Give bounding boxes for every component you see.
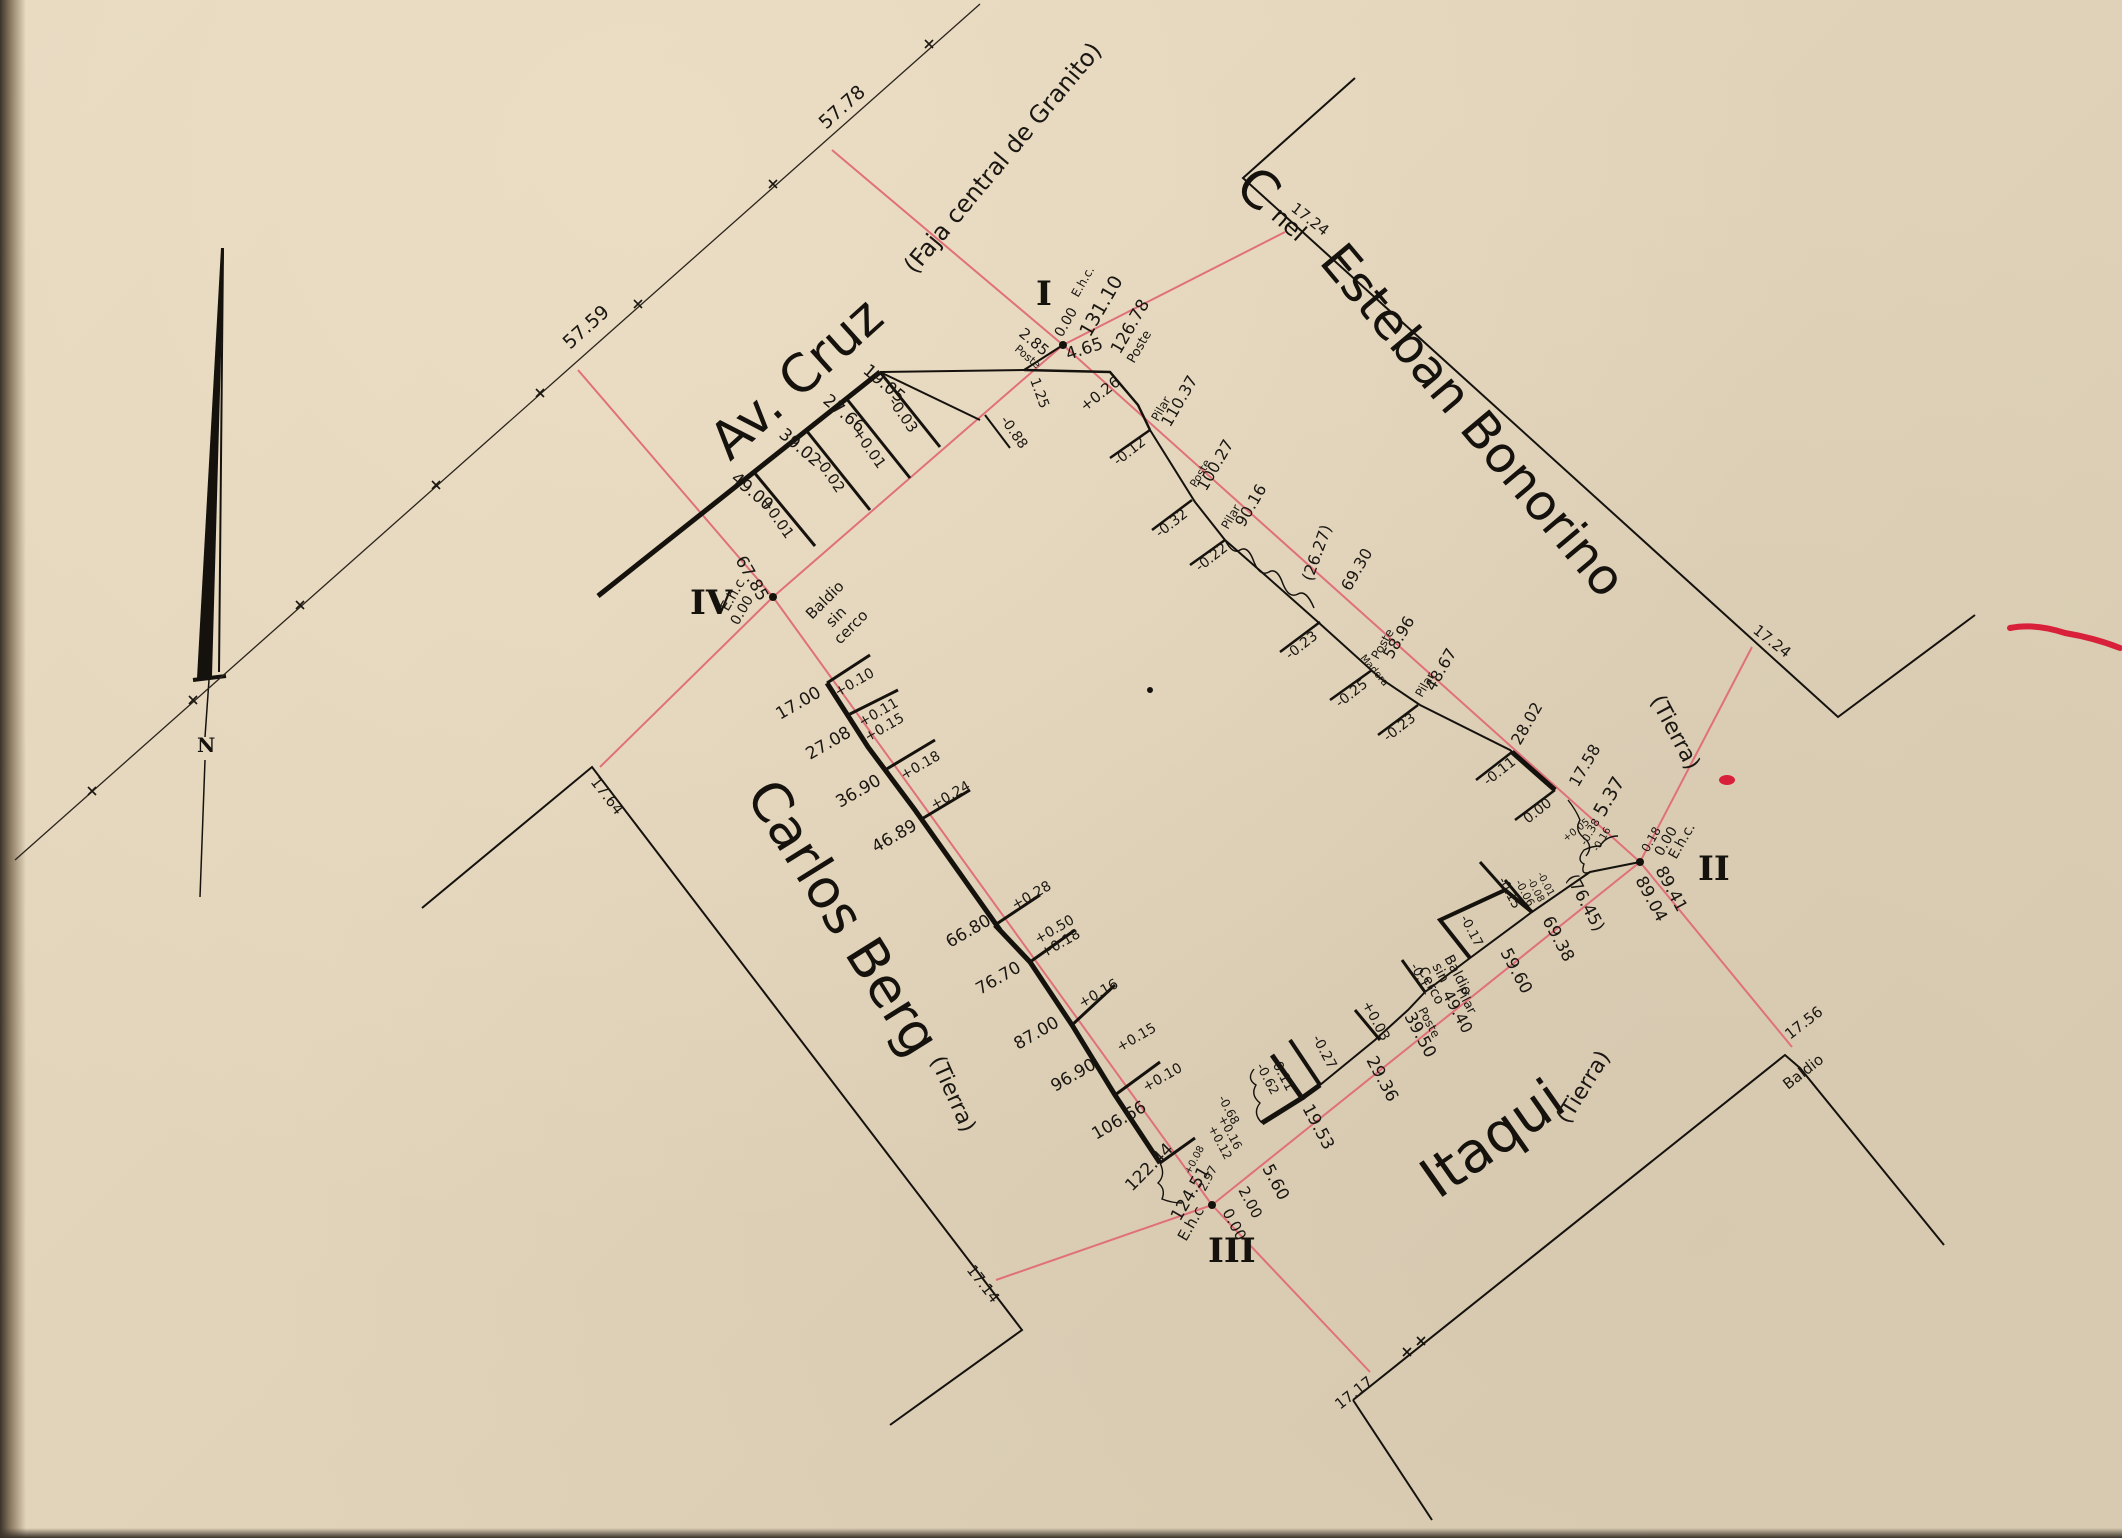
offset: -0.23 bbox=[1283, 628, 1321, 663]
offset: -0.12 bbox=[1111, 434, 1149, 469]
survey-sheet: N 57.59 57.78 bbox=[0, 0, 2122, 1538]
offset: -0.23 bbox=[1381, 710, 1419, 745]
survey-drawing: N 57.59 57.78 bbox=[0, 0, 2122, 1538]
corner-III-value-e: 5.60 bbox=[1258, 1161, 1293, 1204]
station: 28.02 bbox=[1507, 699, 1546, 748]
block-width-right: 17.56 bbox=[1781, 1003, 1826, 1044]
station: 48.67 bbox=[1421, 645, 1460, 694]
block-width-bottom-right: 17.17 bbox=[1331, 1373, 1376, 1414]
corner-II-marker bbox=[1636, 858, 1644, 866]
offset: +0.10 bbox=[1140, 1060, 1185, 1095]
station: 87.00 bbox=[1011, 1013, 1063, 1055]
offset: 0.00 bbox=[1521, 795, 1555, 827]
offset: -0.22 bbox=[1193, 540, 1231, 575]
offset: -0.32 bbox=[1153, 506, 1191, 541]
station: (76.45) bbox=[1562, 871, 1609, 935]
station: 69.30 bbox=[1337, 545, 1376, 594]
street-carlos-berg-note: (Tierra) bbox=[925, 1052, 981, 1136]
offset: -0.11 bbox=[1481, 754, 1519, 789]
offset: +0.10 bbox=[832, 665, 877, 700]
corner-II-label: II bbox=[1698, 849, 1730, 889]
block-top-right bbox=[1243, 78, 1975, 717]
corner-I-ehc: E.h.c. bbox=[1068, 264, 1097, 300]
offset: +0.01 bbox=[849, 424, 890, 472]
offset: -0.27 bbox=[1308, 1032, 1339, 1072]
station: 17.58 bbox=[1565, 741, 1604, 790]
block-width-top-right-b: 17.24 bbox=[1750, 621, 1795, 662]
station: 66.80 bbox=[943, 911, 995, 953]
corner-III-marker bbox=[1208, 1201, 1216, 1209]
north-arrow-icon: N bbox=[193, 248, 226, 897]
avenue-mark-57-59: 57.59 bbox=[559, 301, 614, 354]
street-itaqui-note: (Tierra) bbox=[1552, 1046, 1616, 1128]
station: 4.65 bbox=[1063, 334, 1105, 365]
block-width-left: 17.64 bbox=[587, 773, 628, 818]
street-av-cruz-note: (Faja central de Granito) bbox=[898, 37, 1107, 279]
offset: +0.16 bbox=[1076, 976, 1121, 1011]
block-bottom-right bbox=[1353, 1055, 1944, 1400]
offset: +0.28 bbox=[1009, 878, 1054, 913]
north-label: N bbox=[197, 733, 215, 757]
station: 5.37 bbox=[1589, 773, 1629, 821]
offset: 1.25 bbox=[1026, 376, 1052, 411]
offset: -0.25 bbox=[1333, 676, 1371, 711]
street-itaqui: Itaqui bbox=[1409, 1067, 1577, 1212]
station: 96.90 bbox=[1048, 1055, 1100, 1097]
offset: +0.18 bbox=[898, 748, 943, 783]
station: 59.60 bbox=[1496, 945, 1537, 997]
station: 46.89 bbox=[869, 816, 921, 858]
offset: -0.88 bbox=[997, 413, 1031, 452]
offset: +0.24 bbox=[928, 778, 973, 813]
block-left bbox=[422, 767, 1022, 1425]
block-width-bottom-left: 17.14 bbox=[963, 1261, 1004, 1306]
red-ink-dot bbox=[1719, 775, 1735, 785]
station: 36.90 bbox=[833, 771, 885, 813]
station: (26.27) bbox=[1298, 522, 1336, 583]
neighbour-blocks bbox=[422, 78, 1975, 1520]
bonorino-annotations: Pilar 110.37 Poste 100.27 Pilar 90.16 (2… bbox=[1111, 372, 1630, 844]
street-bonorino-note: (Tierra) bbox=[1645, 691, 1705, 774]
corner-I-value-a: 0.00 bbox=[1052, 305, 1081, 340]
red-ink-stroke bbox=[2010, 626, 2120, 648]
station: 76.70 bbox=[973, 958, 1025, 1000]
station: 27.08 bbox=[803, 723, 855, 765]
station: 17.00 bbox=[773, 683, 825, 725]
offset: +0.15 bbox=[1114, 1020, 1159, 1055]
corner-I-label: I bbox=[1036, 274, 1052, 314]
